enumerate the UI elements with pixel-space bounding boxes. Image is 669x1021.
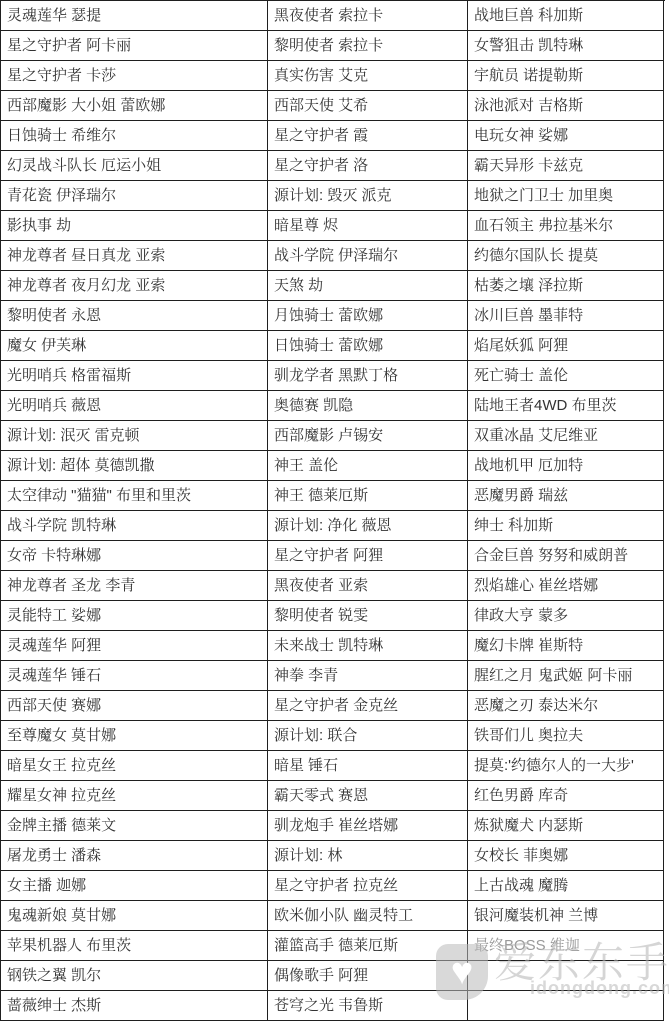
skin-cell: 律政大亨 蒙多 — [468, 601, 664, 631]
table-row: 源计划: 超体 莫德凯撒神王 盖伦战地机甲 厄加特 — [1, 451, 665, 481]
table-row: 女主播 迦娜星之守护者 拉克丝上古战魂 魔腾 — [1, 871, 665, 901]
skin-cell: 真实伤害 艾克 — [268, 61, 468, 91]
skin-cell: 黑夜使者 索拉卡 — [268, 1, 468, 31]
skin-cell: 黎明使者 锐雯 — [268, 601, 468, 631]
skin-cell: 神龙尊者 圣龙 李青 — [1, 571, 268, 601]
skin-cell: 光明哨兵 薇恩 — [1, 391, 268, 421]
table-row: 西部魔影 大小姐 蕾欧娜西部天使 艾希泳池派对 吉格斯 — [1, 91, 665, 121]
skin-cell: 魔女 伊芙琳 — [1, 331, 268, 361]
table-row: 鬼魂新娘 莫甘娜欧米伽小队 幽灵特工银河魔装机神 兰博 — [1, 901, 665, 931]
skin-cell: 神王 盖伦 — [268, 451, 468, 481]
skin-cell: 宇航员 诺提勒斯 — [468, 61, 664, 91]
table-row: 暗星女王 拉克丝暗星 锤石提莫:'约德尔人的一大步' — [1, 751, 665, 781]
skin-cell: 星之守护者 霞 — [268, 121, 468, 151]
skin-cell: 暗星尊 烬 — [268, 211, 468, 241]
skin-cell: 奥德赛 凯隐 — [268, 391, 468, 421]
skin-cell: 地狱之门卫士 加里奥 — [468, 181, 664, 211]
skin-cell: 源计划: 超体 莫德凯撒 — [1, 451, 268, 481]
skin-cell: 偶像歌手 阿狸 — [268, 961, 468, 991]
skin-cell: 星之守护者 卡莎 — [1, 61, 268, 91]
skin-cell: 月蚀骑士 蕾欧娜 — [268, 301, 468, 331]
skin-cell: 欧米伽小队 幽灵特工 — [268, 901, 468, 931]
skin-cell: 暗星女王 拉克丝 — [1, 751, 268, 781]
skin-cell: 耀星女神 拉克丝 — [1, 781, 268, 811]
skin-cell: 提莫:'约德尔人的一大步' — [468, 751, 664, 781]
skin-cell: 铁哥们儿 奥拉夫 — [468, 721, 664, 751]
skin-cell: 血石领主 弗拉基米尔 — [468, 211, 664, 241]
skin-cell: 苹果机器人 布里茨 — [1, 931, 268, 961]
skin-cell: 女主播 迦娜 — [1, 871, 268, 901]
skin-cell: 电玩女神 娑娜 — [468, 121, 664, 151]
skin-cell: 青花瓷 伊泽瑞尔 — [1, 181, 268, 211]
table-row: 钢铁之翼 凯尔偶像歌手 阿狸 — [1, 961, 665, 991]
table-row: 灵魂莲华 瑟提黑夜使者 索拉卡战地巨兽 科加斯 — [1, 1, 665, 31]
skin-cell: 源计划: 毁灭 派克 — [268, 181, 468, 211]
skin-cell: 驯龙炮手 崔丝塔娜 — [268, 811, 468, 841]
skin-cell: 战地机甲 厄加特 — [468, 451, 664, 481]
skin-cell: 灵能特工 娑娜 — [1, 601, 268, 631]
skin-cell: 星之守护者 阿狸 — [268, 541, 468, 571]
skin-cell: 恶魔之刃 泰达米尔 — [468, 691, 664, 721]
skin-cell: 黎明使者 永恩 — [1, 301, 268, 331]
skin-cell: 枯萎之壤 泽拉斯 — [468, 271, 664, 301]
skin-cell: 死亡骑士 盖伦 — [468, 361, 664, 391]
skin-cell: 天煞 劫 — [268, 271, 468, 301]
skin-cell: 源计划: 林 — [268, 841, 468, 871]
table-row: 女帝 卡特琳娜星之守护者 阿狸合金巨兽 努努和威朗普 — [1, 541, 665, 571]
skin-cell: 战斗学院 伊泽瑞尔 — [268, 241, 468, 271]
skin-cell: 西部天使 赛娜 — [1, 691, 268, 721]
skin-cell: 灵魂莲华 锤石 — [1, 661, 268, 691]
skin-cell: 源计划: 联合 — [268, 721, 468, 751]
table-row: 魔女 伊芙琳日蚀骑士 蕾欧娜焰尾妖狐 阿狸 — [1, 331, 665, 361]
table-row: 耀星女神 拉克丝霸天零式 赛恩红色男爵 库奇 — [1, 781, 665, 811]
skin-cell: 钢铁之翼 凯尔 — [1, 961, 268, 991]
skin-cell: 合金巨兽 努努和威朗普 — [468, 541, 664, 571]
skin-cell — [468, 961, 664, 991]
skin-cell: 烈焰雄心 崔丝塔娜 — [468, 571, 664, 601]
skin-cell: 暗星 锤石 — [268, 751, 468, 781]
skin-cell: 红色男爵 库奇 — [468, 781, 664, 811]
skin-cell: 星之守护者 金克丝 — [268, 691, 468, 721]
table-row: 日蚀骑士 希维尔星之守护者 霞电玩女神 娑娜 — [1, 121, 665, 151]
skin-cell: 约德尔国队长 提莫 — [468, 241, 664, 271]
skin-cell — [468, 991, 664, 1021]
skin-cell: 未来战士 凯特琳 — [268, 631, 468, 661]
table-row: 屠龙勇士 潘森源计划: 林女校长 菲奥娜 — [1, 841, 665, 871]
table-row: 灵魂莲华 锤石神拳 李青腥红之月 鬼武姬 阿卡丽 — [1, 661, 665, 691]
skin-cell: 恶魔男爵 瑞兹 — [468, 481, 664, 511]
skin-cell: 霸天零式 赛恩 — [268, 781, 468, 811]
skin-cell: 灌篮高手 德莱厄斯 — [268, 931, 468, 961]
skin-cell: 女帝 卡特琳娜 — [1, 541, 268, 571]
skin-cell: 神拳 李青 — [268, 661, 468, 691]
skin-cell: 陆地王者4WD 布里茨 — [468, 391, 664, 421]
skin-cell: 幻灵战斗队长 厄运小姐 — [1, 151, 268, 181]
skin-cell: 双重冰晶 艾尼维亚 — [468, 421, 664, 451]
table-row: 神龙尊者 昼日真龙 亚索战斗学院 伊泽瑞尔约德尔国队长 提莫 — [1, 241, 665, 271]
table-row: 蔷薇绅士 杰斯苍穹之光 韦鲁斯 — [1, 991, 665, 1021]
skin-cell: 影执事 劫 — [1, 211, 268, 241]
table-row: 神龙尊者 圣龙 李青黑夜使者 亚索烈焰雄心 崔丝塔娜 — [1, 571, 665, 601]
skin-cell: 苍穹之光 韦鲁斯 — [268, 991, 468, 1021]
skin-cell: 神王 德莱厄斯 — [268, 481, 468, 511]
skin-cell: 上古战魂 魔腾 — [468, 871, 664, 901]
skin-cell: 灵魂莲华 阿狸 — [1, 631, 268, 661]
skin-cell: 光明哨兵 格雷福斯 — [1, 361, 268, 391]
skin-cell: 黎明使者 索拉卡 — [268, 31, 468, 61]
skin-cell: 冰川巨兽 墨菲特 — [468, 301, 664, 331]
skin-cell: 霸天异形 卡兹克 — [468, 151, 664, 181]
table-row: 幻灵战斗队长 厄运小姐星之守护者 洛霸天异形 卡兹克 — [1, 151, 665, 181]
skin-cell: 蔷薇绅士 杰斯 — [1, 991, 268, 1021]
skin-cell: 炼狱魔犬 内瑟斯 — [468, 811, 664, 841]
skin-cell: 星之守护者 阿卡丽 — [1, 31, 268, 61]
table-row: 灵能特工 娑娜黎明使者 锐雯律政大亨 蒙多 — [1, 601, 665, 631]
table-row: 战斗学院 凯特琳源计划: 净化 薇恩绅士 科加斯 — [1, 511, 665, 541]
skin-cell: 至尊魔女 莫甘娜 — [1, 721, 268, 751]
skin-cell: 腥红之月 鬼武姬 阿卡丽 — [468, 661, 664, 691]
table-row: 黎明使者 永恩月蚀骑士 蕾欧娜冰川巨兽 墨菲特 — [1, 301, 665, 331]
table-row: 西部天使 赛娜星之守护者 金克丝恶魔之刃 泰达米尔 — [1, 691, 665, 721]
skin-cell: 西部魔影 大小姐 蕾欧娜 — [1, 91, 268, 121]
skin-cell: 泳池派对 吉格斯 — [468, 91, 664, 121]
skin-cell: 黑夜使者 亚索 — [268, 571, 468, 601]
skin-cell: 源计划: 净化 薇恩 — [268, 511, 468, 541]
table-row: 神龙尊者 夜月幻龙 亚索天煞 劫枯萎之壤 泽拉斯 — [1, 271, 665, 301]
skin-cell: 绅士 科加斯 — [468, 511, 664, 541]
skin-cell: 日蚀骑士 蕾欧娜 — [268, 331, 468, 361]
skin-cell: 魔幻卡牌 崔斯特 — [468, 631, 664, 661]
skin-cell: 银河魔装机神 兰博 — [468, 901, 664, 931]
skin-cell: 战地巨兽 科加斯 — [468, 1, 664, 31]
skin-cell: 西部魔影 卢锡安 — [268, 421, 468, 451]
skin-cell: 焰尾妖狐 阿狸 — [468, 331, 664, 361]
table-row: 青花瓷 伊泽瑞尔源计划: 毁灭 派克地狱之门卫士 加里奥 — [1, 181, 665, 211]
skin-cell: 驯龙学者 黑默丁格 — [268, 361, 468, 391]
table-row: 光明哨兵 薇恩奥德赛 凯隐陆地王者4WD 布里茨 — [1, 391, 665, 421]
table-row: 源计划: 泯灭 雷克顿西部魔影 卢锡安双重冰晶 艾尼维亚 — [1, 421, 665, 451]
skin-cell: 日蚀骑士 希维尔 — [1, 121, 268, 151]
table-row: 苹果机器人 布里茨灌篮高手 德莱厄斯最终BOSS 维迦 — [1, 931, 665, 961]
table-row: 星之守护者 阿卡丽黎明使者 索拉卡女警狙击 凯特琳 — [1, 31, 665, 61]
skin-cell: 屠龙勇士 潘森 — [1, 841, 268, 871]
skin-list-table: 灵魂莲华 瑟提黑夜使者 索拉卡战地巨兽 科加斯星之守护者 阿卡丽黎明使者 索拉卡… — [0, 0, 665, 1021]
skin-cell: 太空律动 "猫猫" 布里和里茨 — [1, 481, 268, 511]
table-row: 星之守护者 卡莎真实伤害 艾克宇航员 诺提勒斯 — [1, 61, 665, 91]
skin-cell: 神龙尊者 夜月幻龙 亚索 — [1, 271, 268, 301]
skin-cell: 金牌主播 德莱文 — [1, 811, 268, 841]
skin-cell: 最终BOSS 维迦 — [468, 931, 664, 961]
table-row: 太空律动 "猫猫" 布里和里茨神王 德莱厄斯恶魔男爵 瑞兹 — [1, 481, 665, 511]
skin-cell: 西部天使 艾希 — [268, 91, 468, 121]
table-row: 影执事 劫暗星尊 烬血石领主 弗拉基米尔 — [1, 211, 665, 241]
skin-cell: 战斗学院 凯特琳 — [1, 511, 268, 541]
skin-cell: 星之守护者 拉克丝 — [268, 871, 468, 901]
table-row: 光明哨兵 格雷福斯驯龙学者 黑默丁格死亡骑士 盖伦 — [1, 361, 665, 391]
table-row: 至尊魔女 莫甘娜源计划: 联合铁哥们儿 奥拉夫 — [1, 721, 665, 751]
skin-cell: 女警狙击 凯特琳 — [468, 31, 664, 61]
skin-cell: 鬼魂新娘 莫甘娜 — [1, 901, 268, 931]
skin-cell: 灵魂莲华 瑟提 — [1, 1, 268, 31]
table-row: 金牌主播 德莱文驯龙炮手 崔丝塔娜炼狱魔犬 内瑟斯 — [1, 811, 665, 841]
skin-cell: 源计划: 泯灭 雷克顿 — [1, 421, 268, 451]
skin-cell: 女校长 菲奥娜 — [468, 841, 664, 871]
skin-cell: 神龙尊者 昼日真龙 亚索 — [1, 241, 268, 271]
table-row: 灵魂莲华 阿狸未来战士 凯特琳魔幻卡牌 崔斯特 — [1, 631, 665, 661]
skin-cell: 星之守护者 洛 — [268, 151, 468, 181]
